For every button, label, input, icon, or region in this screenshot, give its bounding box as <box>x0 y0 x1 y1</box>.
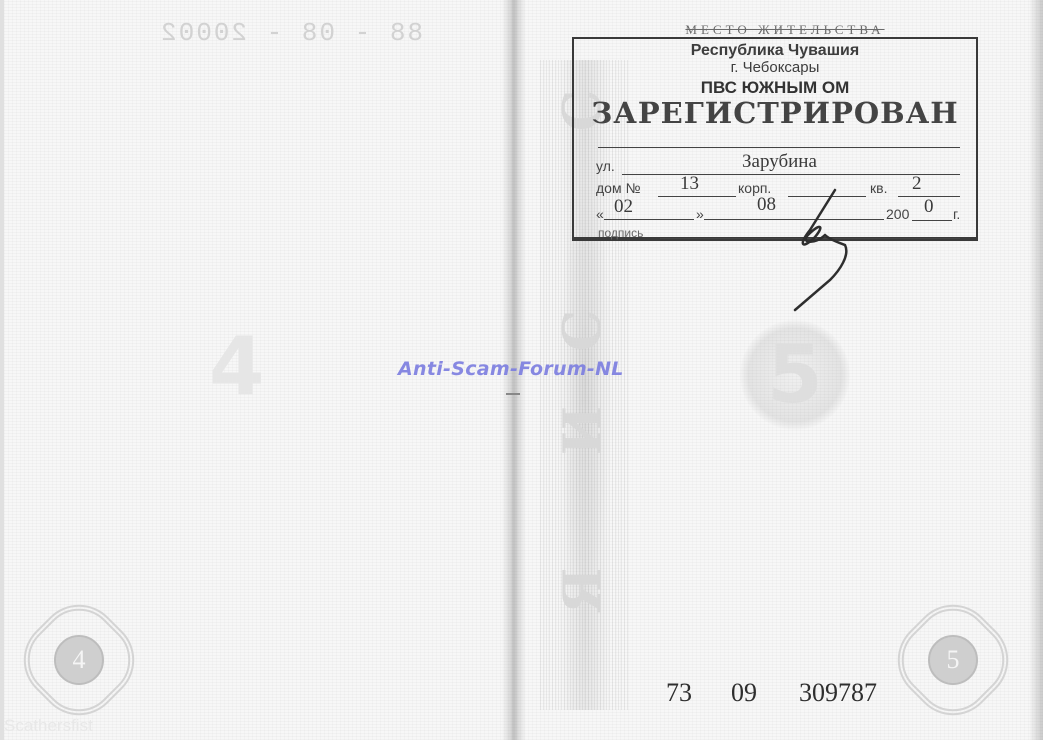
year-rule <box>912 220 952 221</box>
house-rule <box>658 196 736 197</box>
passport-series-part1: 73 <box>666 678 692 708</box>
stamp-header: МЕСТО ЖИТЕЛЬСТВА <box>645 22 925 38</box>
page-edge-shadow <box>1029 0 1043 740</box>
page-number-watermark-right: 5 <box>740 320 850 430</box>
date-month: 08 <box>757 194 776 216</box>
date-close-quote: » <box>696 206 704 222</box>
stamp-city: г. Чебоксары <box>572 59 978 76</box>
date-open-quote: « <box>596 206 604 222</box>
street-rule <box>622 174 960 175</box>
page-number-watermark-left: 4 <box>209 320 265 413</box>
signature-label: подпись <box>598 226 643 240</box>
day-rule <box>604 219 694 220</box>
apartment-label: кв. <box>870 180 887 196</box>
year-prefix: 200 <box>886 206 909 222</box>
faded-stamp-text: 88 - 08 - 20002 <box>159 18 423 48</box>
stamp-status: ЗАРЕГИСТРИРОВАН <box>572 96 978 130</box>
street-value: Зарубина <box>742 151 817 173</box>
signature-icon <box>780 185 860 315</box>
page-ornament-left: 4 <box>24 605 134 715</box>
faded-bottom-text: Scathersfist <box>4 716 93 736</box>
apartment-value: 2 <box>912 173 922 195</box>
page-number-right: 5 <box>928 635 978 685</box>
passport-series-part2: 09 <box>731 678 757 708</box>
spine-mark <box>506 393 520 395</box>
band-letter: С <box>553 301 614 361</box>
forum-watermark: Anti-Scam-Forum-NL <box>398 358 624 380</box>
house-value: 13 <box>680 173 699 195</box>
stamp-region: Республика Чувашия <box>572 42 978 60</box>
passport-number: 309787 <box>799 678 877 708</box>
band-letter: Я <box>553 561 614 621</box>
page-number-left: 4 <box>54 635 104 685</box>
date-day: 02 <box>614 196 633 218</box>
house-label: дом № <box>596 180 641 196</box>
street-label: ул. <box>596 158 615 174</box>
stamp-rule <box>598 147 960 148</box>
year-suffix: г. <box>953 206 960 222</box>
page-ornament-right: 5 <box>898 605 1008 715</box>
band-letter: И <box>553 401 614 461</box>
stamp-office: ПВС ЮЖНЫМ ОМ <box>572 78 978 98</box>
year-digit: 0 <box>924 196 934 218</box>
